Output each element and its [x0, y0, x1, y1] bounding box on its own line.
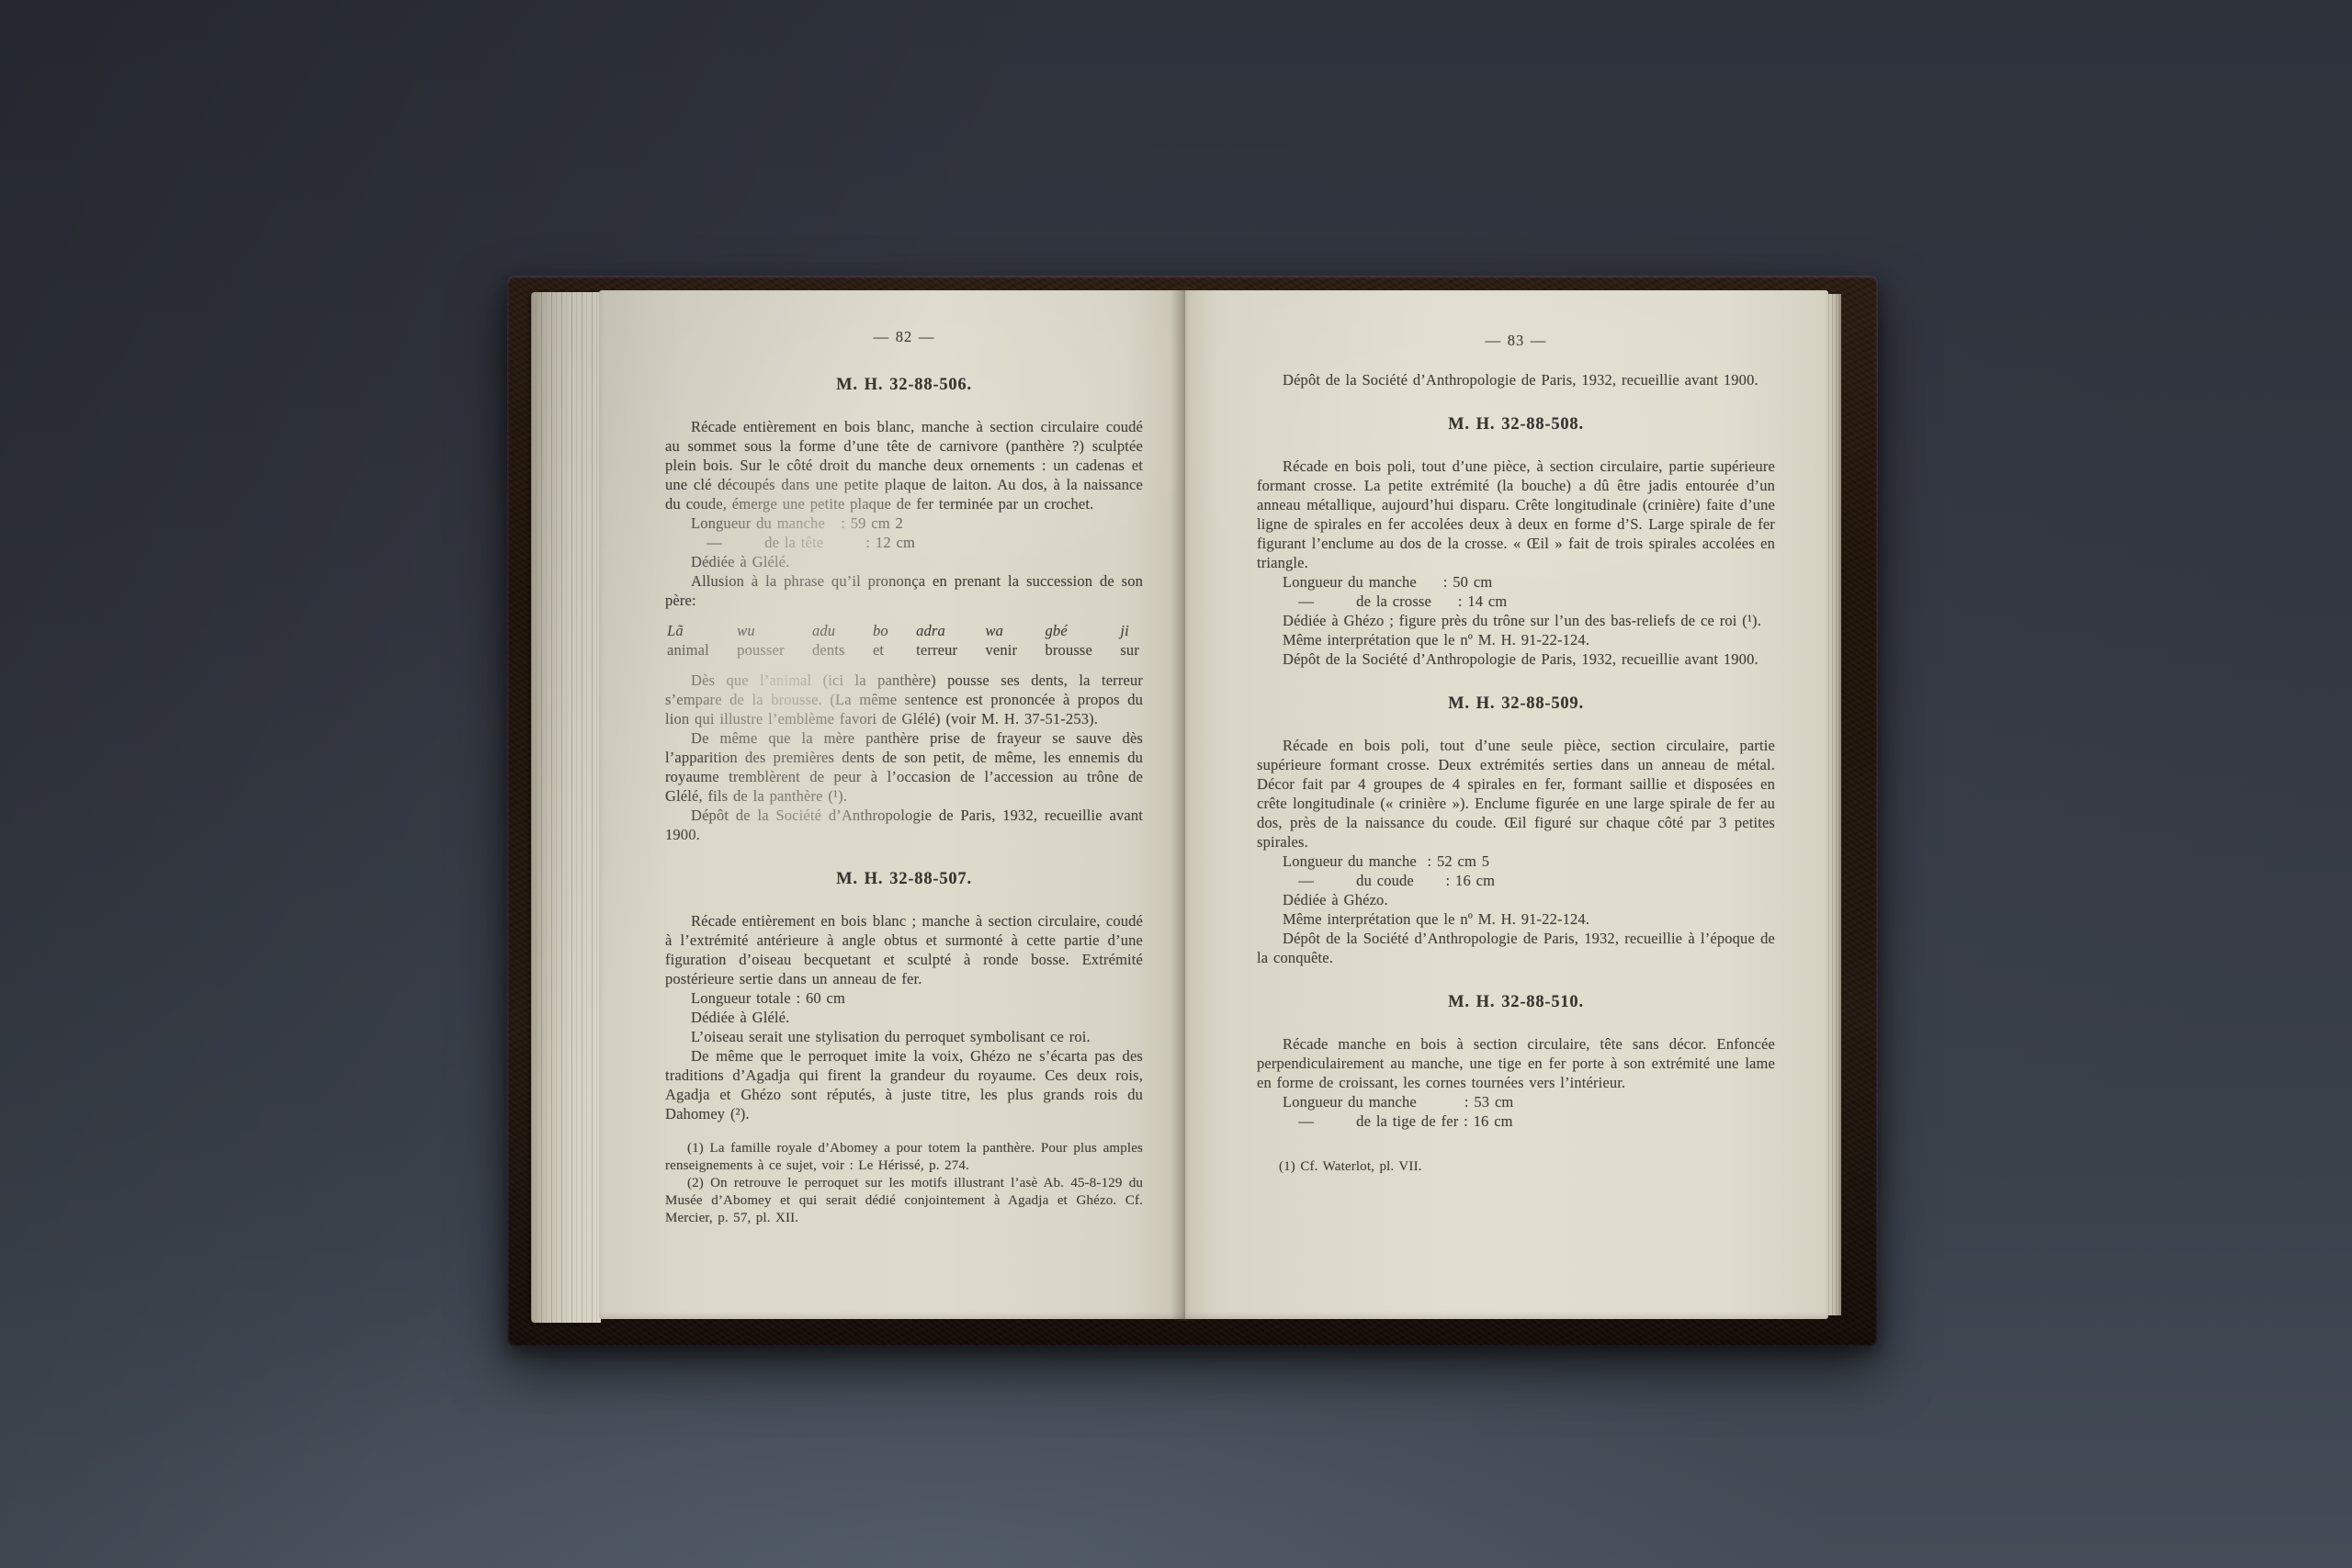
footnotes-right: (1) Cf. Waterlot, pl. VII. [1257, 1158, 1775, 1176]
verse-pair: wupousser [737, 621, 784, 660]
carryover-paragraph: Dépôt de la Société d’Anthropologie de P… [1257, 370, 1775, 389]
measurement-line: Longueur du manche : 50 cm [1257, 572, 1775, 592]
verse-word: ji [1120, 621, 1139, 640]
verse-gloss: pousser [737, 640, 784, 660]
deposit-paragraph: Dépôt de la Société d’Anthropologie de P… [665, 806, 1143, 844]
measurement-line: — du coude : 16 cm [1257, 871, 1775, 890]
page-number-right: — 83 — [1257, 331, 1775, 350]
catalog-heading-507: M. H. 32-88-507. [665, 870, 1143, 889]
verse-pair: jisur [1120, 621, 1139, 660]
footnote: (1) Cf. Waterlot, pl. VII. [1257, 1158, 1775, 1176]
footnotes-left: (1) La famille royale d’Abomey a pour to… [665, 1140, 1143, 1227]
measurement-line: — de la tête : 12 cm [665, 533, 1143, 552]
description-508: Récade en bois poli, tout d’une pièce, à… [1257, 457, 1775, 572]
commentary-paragraph: De même que le perroquet imite la voix, … [665, 1046, 1143, 1123]
verse-pair: adudents [812, 621, 845, 660]
verse-pair: Lãanimal [667, 621, 709, 660]
verse-gloss: animal [667, 640, 709, 660]
verse-gloss: brousse [1046, 640, 1092, 660]
dedication-line: Dédiée à Glélé. [665, 552, 1143, 571]
verse-gloss-table: Lãanimal wupousser adudents boet adrater… [667, 621, 1139, 660]
dedication-paragraph: Dédiée à Ghézo ; figure près du trône su… [1257, 611, 1775, 630]
right-page: — 83 — Dépôt de la Société d’Anthropolog… [1185, 290, 1828, 1319]
photo-backdrop: — 82 — M. H. 32-88-506. Récade entièreme… [0, 0, 2352, 1568]
dedication-line: Dédiée à Glélé. [665, 1008, 1143, 1027]
gutter-shadow [1170, 287, 1200, 1321]
catalog-heading-509: M. H. 32-88-509. [1257, 694, 1775, 714]
verse-word: bo [873, 621, 888, 640]
verse-word: Lã [667, 621, 709, 640]
interpretation-line: Même interprétation que le nº M. H. 91-2… [1257, 909, 1775, 929]
verse-pair: boet [873, 621, 888, 660]
left-page: — 82 — M. H. 32-88-506. Récade entièreme… [599, 290, 1185, 1319]
deposit-paragraph: Dépôt de la Société d’Anthropologie de P… [1257, 929, 1775, 967]
left-page-text: — 82 — M. H. 32-88-506. Récade entièreme… [665, 327, 1143, 1293]
dedication-line: Dédiée à Ghézo. [1257, 890, 1775, 909]
measurement-line: — de la tige de fer : 16 cm [1257, 1111, 1775, 1131]
footnote: (1) La famille royale d’Abomey a pour to… [665, 1140, 1143, 1175]
translation-paragraph: Dès que l’animal (ici la panthère) pouss… [665, 671, 1143, 728]
commentary-paragraph: De même que la mère panthère prise de fr… [665, 728, 1143, 806]
verse-gloss: sur [1120, 640, 1139, 660]
verse-word: gbé [1046, 621, 1092, 640]
verse-pair: gbébrousse [1046, 621, 1092, 660]
verse-word: adu [812, 621, 845, 640]
verse-word: adra [916, 621, 957, 640]
verse-gloss: terreur [916, 640, 957, 660]
page-edge-right [1828, 294, 1841, 1315]
footnote: (2) On retrouve le perroquet sur les mot… [665, 1175, 1143, 1227]
verse-word: wu [737, 621, 784, 640]
verse-word: wa [986, 621, 1018, 640]
ink-fade-overlay [647, 428, 1042, 869]
allusion-paragraph: Allusion à la phrase qu’il prononça en p… [665, 571, 1143, 610]
catalog-heading-508: M. H. 32-88-508. [1257, 415, 1775, 434]
catalog-heading-506: M. H. 32-88-506. [665, 376, 1143, 395]
catalog-heading-510: M. H. 32-88-510. [1257, 993, 1775, 1012]
measurement-line: — de la crosse : 14 cm [1257, 592, 1775, 611]
measurement-line: Longueur du manche : 59 cm 2 [665, 513, 1143, 533]
measurement-line: Longueur du manche : 52 cm 5 [1257, 852, 1775, 871]
verse-gloss: et [873, 640, 888, 660]
verse-gloss: venir [986, 640, 1018, 660]
measurement-line: Longueur du manche : 53 cm [1257, 1092, 1775, 1111]
description-506: Récade entièrement en bois blanc, manche… [665, 417, 1143, 513]
interpretation-line: Même interprétation que le nº M. H. 91-2… [1257, 630, 1775, 649]
open-book: — 82 — M. H. 32-88-506. Récade entièreme… [507, 276, 1878, 1346]
description-507: Récade entièrement en bois blanc ; manch… [665, 911, 1143, 988]
right-page-text: — 83 — Dépôt de la Société d’Anthropolog… [1257, 331, 1775, 1292]
page-edge-stack-left [531, 292, 601, 1323]
measurement-line: Longueur totale : 60 cm [665, 988, 1143, 1008]
verse-pair: adraterreur [916, 621, 957, 660]
page-number-left: — 82 — [665, 327, 1143, 346]
verse-pair: wavenir [986, 621, 1018, 660]
verse-gloss: dents [812, 640, 845, 660]
note-paragraph: L’oiseau serait une stylisation du perro… [665, 1027, 1143, 1046]
description-510: Récade manche en bois à section circulai… [1257, 1034, 1775, 1092]
deposit-paragraph: Dépôt de la Société d’Anthropologie de P… [1257, 649, 1775, 669]
description-509: Récade en bois poli, tout d’une seule pi… [1257, 736, 1775, 852]
